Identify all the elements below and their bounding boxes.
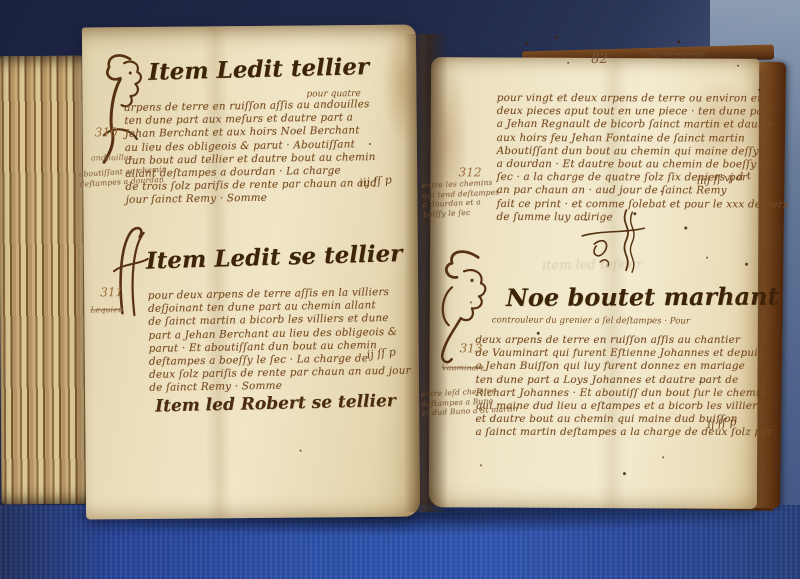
manuscript-line: Richart Johannes · Et aboutiſſ dun bout … [475, 387, 772, 400]
manuscript-line: jour ſainct Remy · Somme [126, 190, 378, 207]
right-page: 82 iiij·xx ſoy aſſt pour vingt et deux a… [429, 57, 759, 509]
entry-body: pour vingt et deux arpens de terre ou en… [497, 92, 789, 225]
manuscript-line: deux pieces aput tout en une piece · ten… [497, 105, 789, 119]
entry-heading: Item Ledit se tellier [146, 240, 403, 275]
book-gutter [404, 34, 448, 512]
folio-number: 82 [591, 52, 608, 67]
manuscript-line: pour vingt et deux arpens de terre ou en… [497, 92, 789, 106]
margin-entry-number: 312 [459, 165, 482, 179]
margin-entry-number: 313 [460, 341, 483, 355]
manuscript-line: a Jehan Buiſſon qui luy furent donnez en… [475, 361, 772, 374]
entry-heading: Noe boutet marhant [506, 282, 779, 312]
entry-body: arpens de terre en ruiſſon aſſis au ando… [124, 98, 377, 208]
entry-heading: Item Ledit tellier [148, 53, 369, 86]
manuscript-photo: Item Ledit tellier pour quatre arpens de… [0, 0, 800, 579]
manuscript-line: aux hoirs feu Jehan Fontaine de ſainct m… [497, 132, 789, 146]
manuscript-line: deux arpens de terre en ruiſſon aſſis au… [475, 334, 772, 347]
margin-entry-number: 311 [100, 285, 123, 299]
manuscript-line: qui maine dud lieu a eſtampes et a bicor… [475, 400, 772, 413]
page-stack-fore-edge [0, 56, 94, 505]
show-through-text: item led teſsier [542, 257, 642, 273]
manuscript-line: a Jehan Regnault de bicorb ſainct martin… [497, 118, 789, 132]
margin-place-name: andouilles [91, 153, 133, 162]
entry-subheading: controuleur du grenier a ſel deſtampes ·… [492, 315, 690, 326]
crossed-out-foliation: iiij·xx ſoy aſſt [649, 49, 705, 59]
margin-place-name: Lequieu [90, 305, 123, 314]
manuscript-line: de Vauminart qui furent Eſtienne Johanne… [475, 347, 772, 360]
entry-body: pour deux arpens de terre aſſis en la vi… [148, 286, 411, 396]
entry-heading: Item led Robert se tellier [155, 391, 396, 416]
manuscript-line: Aboutiſſant dun bout au chemin qui maine… [497, 145, 789, 159]
margin-entry-number: 310 [95, 125, 118, 139]
manuscript-line: ten dune part a Loys Johannes et dautre … [475, 374, 772, 387]
manuscript-line: an par chaun an · aud jour de ſainct Rem… [497, 184, 789, 198]
left-page: Item Ledit tellier pour quatre arpens de… [82, 25, 420, 520]
sum-notation: iij ſſ p [359, 173, 393, 190]
